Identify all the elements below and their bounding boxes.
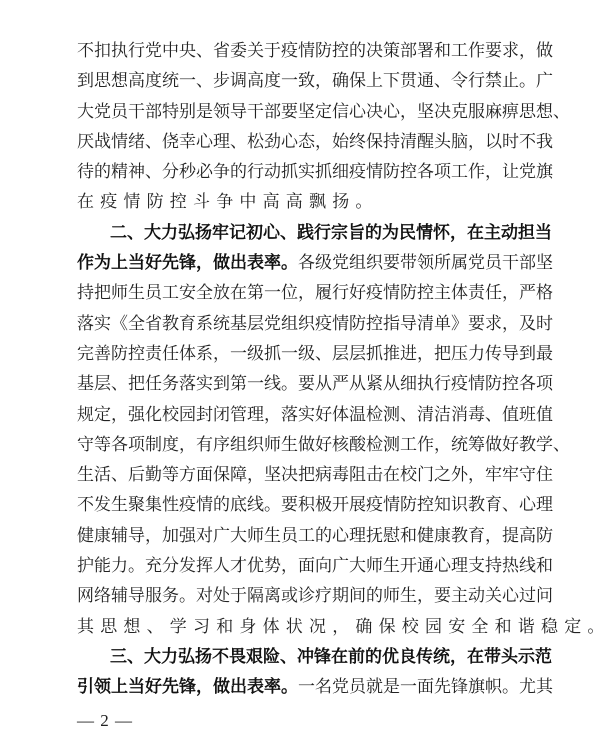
body-line-19: 网络辅导服务。对处于隔离或诊疗期间的师生，要主动关心过问 — [77, 581, 543, 611]
document-body: 不扣执行党中央、省委关于疫情防控的决策部署和工作要求，做 到思想高度统一、步调高… — [77, 36, 543, 703]
body-line-17: 健康辅导，加强对广大师生员工的心理抚慰和健康教育，提高防 — [77, 521, 543, 551]
body-line-15: 生活、后勤等方面保障，坚决把病毒阻击在校门之外，牢牢守住 — [77, 460, 543, 490]
body-line-8: 作为上当好先锋，做出表率。各级党组织要带领所属党员干部坚 — [77, 248, 543, 278]
body-line-11: 完善防控责任体系，一级抓一级、层层抓推进，把压力传导到最 — [77, 339, 543, 369]
body-line-22: 引领上当好先锋，做出表率。一名党员就是一面先锋旗帜。尤其 — [77, 672, 543, 702]
body-line-1: 不扣执行党中央、省委关于疫情防控的决策部署和工作要求，做 — [77, 36, 543, 66]
section-heading-3-continuation: 引领上当好先锋，做出表率。 — [77, 677, 298, 697]
body-line-16: 不发生聚集性疫情的底线。要积极开展疫情防控知识教育、心理 — [77, 490, 543, 520]
document-page: 不扣执行党中央、省委关于疫情防控的决策部署和工作要求，做 到思想高度统一、步调高… — [0, 0, 607, 746]
section-heading-2-text: 二、大力弘扬牢记初心、践行宗旨的为民情怀，在主动担当 — [110, 223, 552, 243]
section-heading-2-continuation: 作为上当好先锋，做出表率。 — [77, 253, 298, 273]
body-line-9: 持把师生员工安全放在第一位，履行好疫情防控主体责任，严格 — [77, 278, 543, 308]
section-heading-3: 三、大力弘扬不畏艰险、冲锋在前的优良传统，在带头示范 — [77, 642, 543, 672]
body-line-2: 到思想高度统一、步调高度一致，确保上下贯通、令行禁止。广 — [77, 66, 543, 96]
body-line-4: 厌战情绪、侥幸心理、松劲心态，始终保持清醒头脑，以时不我 — [77, 127, 543, 157]
body-line-12: 基层、把任务落实到第一线。要从严从紧从细执行疫情防控各项 — [77, 369, 543, 399]
body-line-3: 大党员干部特别是领导干部要坚定信心决心，坚决克服麻痹思想、 — [77, 97, 543, 127]
body-line-18: 护能力。充分发挥人才优势，面向广大师生开通心理支持热线和 — [77, 551, 543, 581]
body-line-13: 规定，强化校园封闭管理，落实好体温检测、清洁消毒、值班值 — [77, 400, 543, 430]
body-line-14: 守等各项制度，有序组织师生做好核酸检测工作，统筹做好教学、 — [77, 430, 543, 460]
body-line-6: 在疫情防控斗争中高高飘扬。 — [77, 187, 543, 217]
body-line-20: 其思想、学习和身体状况，确保校园安全和谐稳定。 — [77, 612, 543, 642]
body-line-10: 落实《全省教育系统基层党组织疫情防控指导清单》要求，及时 — [77, 309, 543, 339]
body-line-5: 待的精神、分秒必争的行动抓实抓细疫情防控各项工作，让党旗 — [77, 157, 543, 187]
section-heading-2: 二、大力弘扬牢记初心、践行宗旨的为民情怀，在主动担当 — [77, 218, 543, 248]
page-number: — 2 — — [77, 711, 133, 731]
section-heading-3-text: 三、大力弘扬不畏艰险、冲锋在前的优良传统，在带头示范 — [110, 647, 552, 667]
